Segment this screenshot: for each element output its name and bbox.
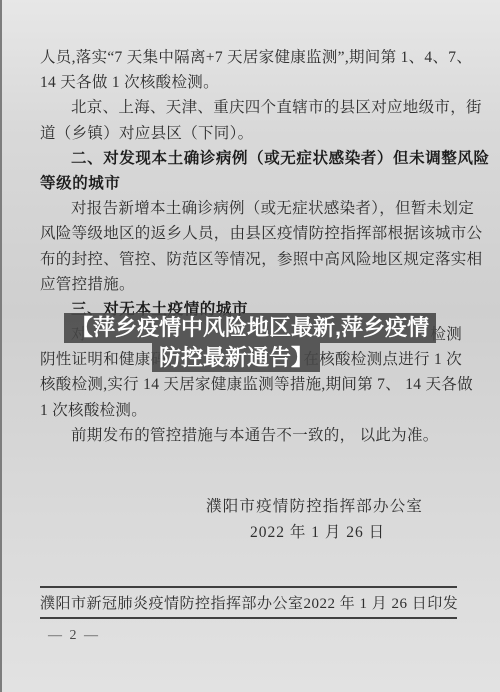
footer-rule-top — [40, 586, 457, 588]
doc-line: 应管控措施。 — [40, 272, 462, 297]
overlay-title-row-2: 防控最新通告】 — [0, 343, 500, 373]
signature-date: 2022 年 1 月 26 日 — [250, 520, 385, 542]
doc-line: 道（乡镇）对应县区（下同）。 — [40, 121, 462, 146]
doc-line: 核酸检测,实行 14 天居家健康监测等措施,期间第 7、 14 天各做 — [40, 372, 462, 397]
document-body: 人员,落实“7 天集中隔离+7 天居家健康监测”,期间第 1、4、7、 14 天… — [40, 45, 462, 448]
doc-line: 人员,落实“7 天集中隔离+7 天居家健康监测”,期间第 1、4、7、 — [40, 45, 462, 70]
signature-office: 濮阳市疫情防控指挥部办公室 — [206, 494, 423, 516]
doc-line: 北京、上海、天津、重庆四个直辖市的县区对应地级市，街 — [40, 95, 462, 120]
page-number: — 2 — — [48, 628, 100, 644]
section-heading-2-cont: 等级的城市 — [40, 171, 462, 196]
footer-issue-date: 2022 年 1 月 26 日印发 — [304, 593, 459, 615]
doc-line: 1 次核酸检测。 — [40, 398, 462, 423]
footer-issuer: 濮阳市新冠肺炎疫情防控指挥部办公室 — [40, 593, 304, 615]
footer-colophon: 濮阳市新冠肺炎疫情防控指挥部办公室 2022 年 1 月 26 日印发 — [40, 593, 457, 615]
scanned-document-page: 人员,落实“7 天集中隔离+7 天居家健康监测”,期间第 1、4、7、 14 天… — [0, 0, 500, 692]
overlay-title: 【萍乡疫情中风险地区最新,萍乡疫情 防控最新通告】 — [0, 313, 500, 372]
section-heading-2: 二、对发现本土确诊病例（或无症状感染者）但未调整风险 — [40, 146, 462, 171]
doc-line: 风险等级地区的返乡人员，由县区疫情防控指挥部根据该城市公 — [40, 221, 462, 246]
doc-line: 前期发布的管控措施与本通告不一致的， 以此为准。 — [40, 423, 462, 448]
doc-line: 14 天各做 1 次核酸检测。 — [40, 70, 462, 95]
footer-rule-bottom — [40, 617, 457, 619]
doc-line: 布的封控、管控、防范区等情况，参照中高风险地区规定落实相 — [40, 247, 462, 272]
doc-line: 对报告新增本土确诊病例（或无症状感染者），但暂未划定 — [40, 196, 462, 221]
overlay-title-row-1: 【萍乡疫情中风险地区最新,萍乡疫情 — [0, 313, 500, 343]
overlay-title-line-2: 防控最新通告】 — [152, 343, 320, 373]
overlay-title-line-1: 【萍乡疫情中风险地区最新,萍乡疫情 — [64, 313, 436, 343]
